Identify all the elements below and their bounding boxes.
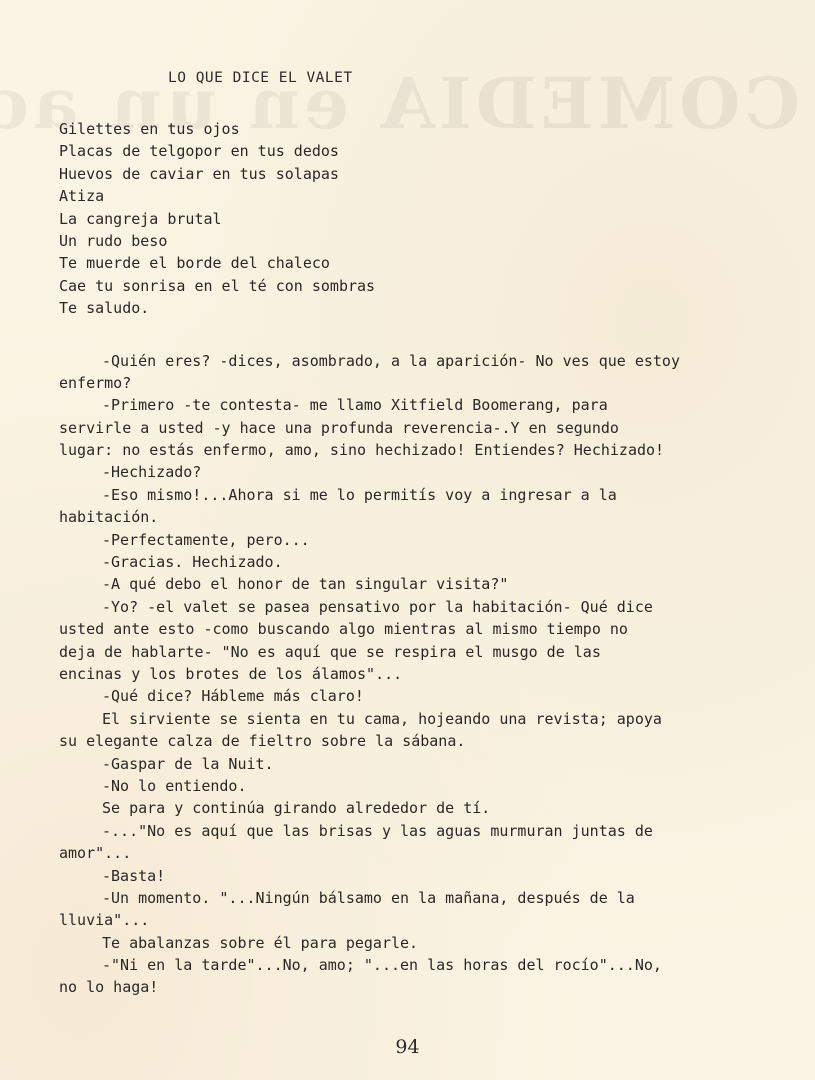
poem-line: Placas de telgopor en tus dedos (59, 140, 815, 162)
prose-line: -Basta! (59, 865, 815, 887)
prose-line: -Quién eres? -dices, asombrado, a la apa… (59, 350, 815, 372)
prose-line: encinas y los brotes de los álamos"... (59, 663, 815, 685)
poem-line: Huevos de caviar en tus solapas (59, 163, 815, 185)
prose-line: lugar: no estás enfermo, amo, sino hechi… (59, 439, 815, 461)
stanza-gap (59, 320, 815, 350)
page-number: 94 (0, 1036, 815, 1058)
prose-line: habitación. (59, 506, 815, 528)
prose-line: -Perfectamente, pero... (59, 529, 815, 551)
prose-line: -A qué debo el honor de tan singular vis… (59, 573, 815, 595)
prose: -Quién eres? -dices, asombrado, a la apa… (59, 350, 815, 999)
prose-line: -Qué dice? Hábleme más claro! (59, 685, 815, 707)
prose-line: servirle a usted -y hace una profunda re… (59, 417, 815, 439)
prose-line: lluvia"... (59, 909, 815, 931)
prose-line: su elegante calza de fieltro sobre la sá… (59, 730, 815, 752)
prose-line: Se para y continúa girando alrededor de … (59, 797, 815, 819)
prose-line: -Gracias. Hechizado. (59, 551, 815, 573)
prose-line: -..."No es aquí que las brisas y las agu… (59, 820, 815, 842)
prose-line: -Eso mismo!...Ahora si me lo permitís vo… (59, 484, 815, 506)
poem-line: La cangreja brutal (59, 208, 815, 230)
prose-line: -Gaspar de la Nuit. (59, 753, 815, 775)
prose-line: amor"... (59, 842, 815, 864)
poem-line: Te saludo. (59, 297, 815, 319)
poem-line: Te muerde el borde del chaleco (59, 252, 815, 274)
prose-line: enfermo? (59, 372, 815, 394)
prose-line: -Hechizado? (59, 461, 815, 483)
prose-line: -Primero -te contesta- me llamo Xitfield… (59, 394, 815, 416)
prose-line: Te abalanzas sobre él para pegarle. (59, 932, 815, 954)
poem-line: Gilettes en tus ojos (59, 118, 815, 140)
prose-line: usted ante esto -como buscando algo mien… (59, 618, 815, 640)
poem: Gilettes en tus ojos Placas de telgopor … (59, 118, 815, 320)
prose-line: -Un momento. "...Ningún bálsamo en la ma… (59, 887, 815, 909)
prose-line: -Yo? -el valet se pasea pensativo por la… (59, 596, 815, 618)
prose-line: -"Ni en la tarde"...No, amo; "...en las … (59, 954, 815, 976)
prose-line: -No lo entiendo. (59, 775, 815, 797)
page-body: Gilettes en tus ojos Placas de telgopor … (59, 118, 815, 999)
prose-line: no lo haga! (59, 976, 815, 998)
poem-line: Un rudo beso (59, 230, 815, 252)
poem-line: Atiza (59, 185, 815, 207)
prose-line: El sirviente se sienta en tu cama, hojea… (59, 708, 815, 730)
prose-line: deja de hablarte- "No es aquí que se res… (59, 641, 815, 663)
poem-line: Cae tu sonrisa en el té con sombras (59, 275, 815, 297)
section-title: LO QUE DICE EL VALET (168, 70, 353, 86)
